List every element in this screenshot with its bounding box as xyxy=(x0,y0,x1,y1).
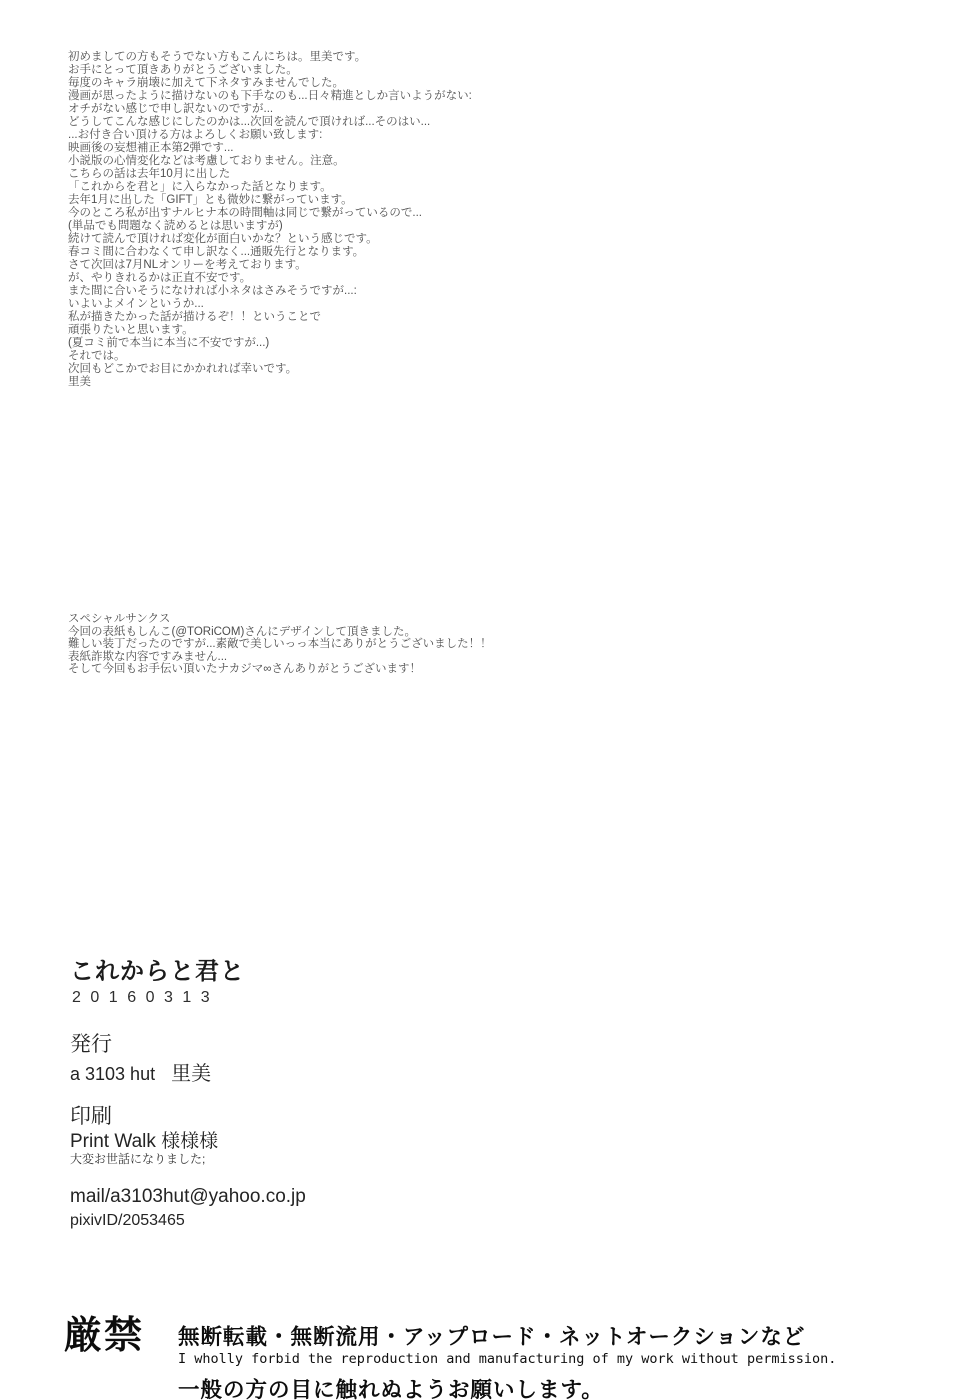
book-title: これからと君と xyxy=(70,951,245,986)
printer-note: 大変お世話になりました; xyxy=(70,1150,205,1167)
mail-address: mail/a3103hut@yahoo.co.jp xyxy=(70,1186,306,1208)
publisher-section-label: 発行 xyxy=(70,1028,112,1058)
printer-name: Print Walk 様様様 xyxy=(70,1126,218,1153)
afterword-text-block: 初めましての方もそうでない方もこんにちは。里美です。 お手にとって頂きありがとう… xyxy=(68,51,472,389)
afterword-paragraph: 去年1月に出した「GIFT」とも微妙に繋がっています。 今のところ私が出すナルヒ… xyxy=(68,194,472,246)
afterword-paragraph: 春コミ間に合わなくて申し訳なく...通販先行となります。 さて次回は7月NLオン… xyxy=(68,246,472,350)
author-signature: 里美 xyxy=(68,376,472,389)
publisher-name: a 3103 hut xyxy=(70,1064,155,1084)
doujinshi-afterword-page: 初めましての方もそうでない方もこんにちは。里美です。 お手にとって頂きありがとう… xyxy=(0,0,980,1400)
warning-text-jp: 無断転載・無断流用・アップロード・ネットオークションなど 一般の方の目に触れぬよ… xyxy=(178,1297,805,1400)
author-name: 里美 xyxy=(171,1063,211,1085)
forbidden-stamp: 厳禁 xyxy=(64,1304,144,1359)
warning-line-2: 一般の方の目に触れぬようお願いします。 xyxy=(178,1378,604,1400)
warning-text-en: I wholly forbid the reproduction and man… xyxy=(178,1351,836,1367)
publication-date: 20160313 xyxy=(72,989,219,1007)
afterword-paragraph: 映画後の妄想補正本第2弾です... 小説版の心情変化などは考慮しておりません。注… xyxy=(68,142,472,168)
afterword-paragraph: それでは。 次回もどこかでお目にかかれれば幸いです。 xyxy=(68,350,472,376)
pixiv-id: pixivID/2053465 xyxy=(70,1212,185,1230)
publisher-line: a 3103 hut里美 xyxy=(70,1057,211,1086)
afterword-paragraph: こちらの話は去年10月に出した 「これからを君と」に入らなかった話となります。 xyxy=(68,168,472,194)
special-thanks-block: スペシャルサンクス 今回の表紙もしんこ(@TORiCOM)さんにデザインして頂き… xyxy=(68,613,492,676)
afterword-paragraph: 初めましての方もそうでない方もこんにちは。里美です。 お手にとって頂きありがとう… xyxy=(68,51,472,142)
warning-line-1: 無断転載・無断流用・アップロード・ネットオークションなど xyxy=(178,1325,805,1349)
